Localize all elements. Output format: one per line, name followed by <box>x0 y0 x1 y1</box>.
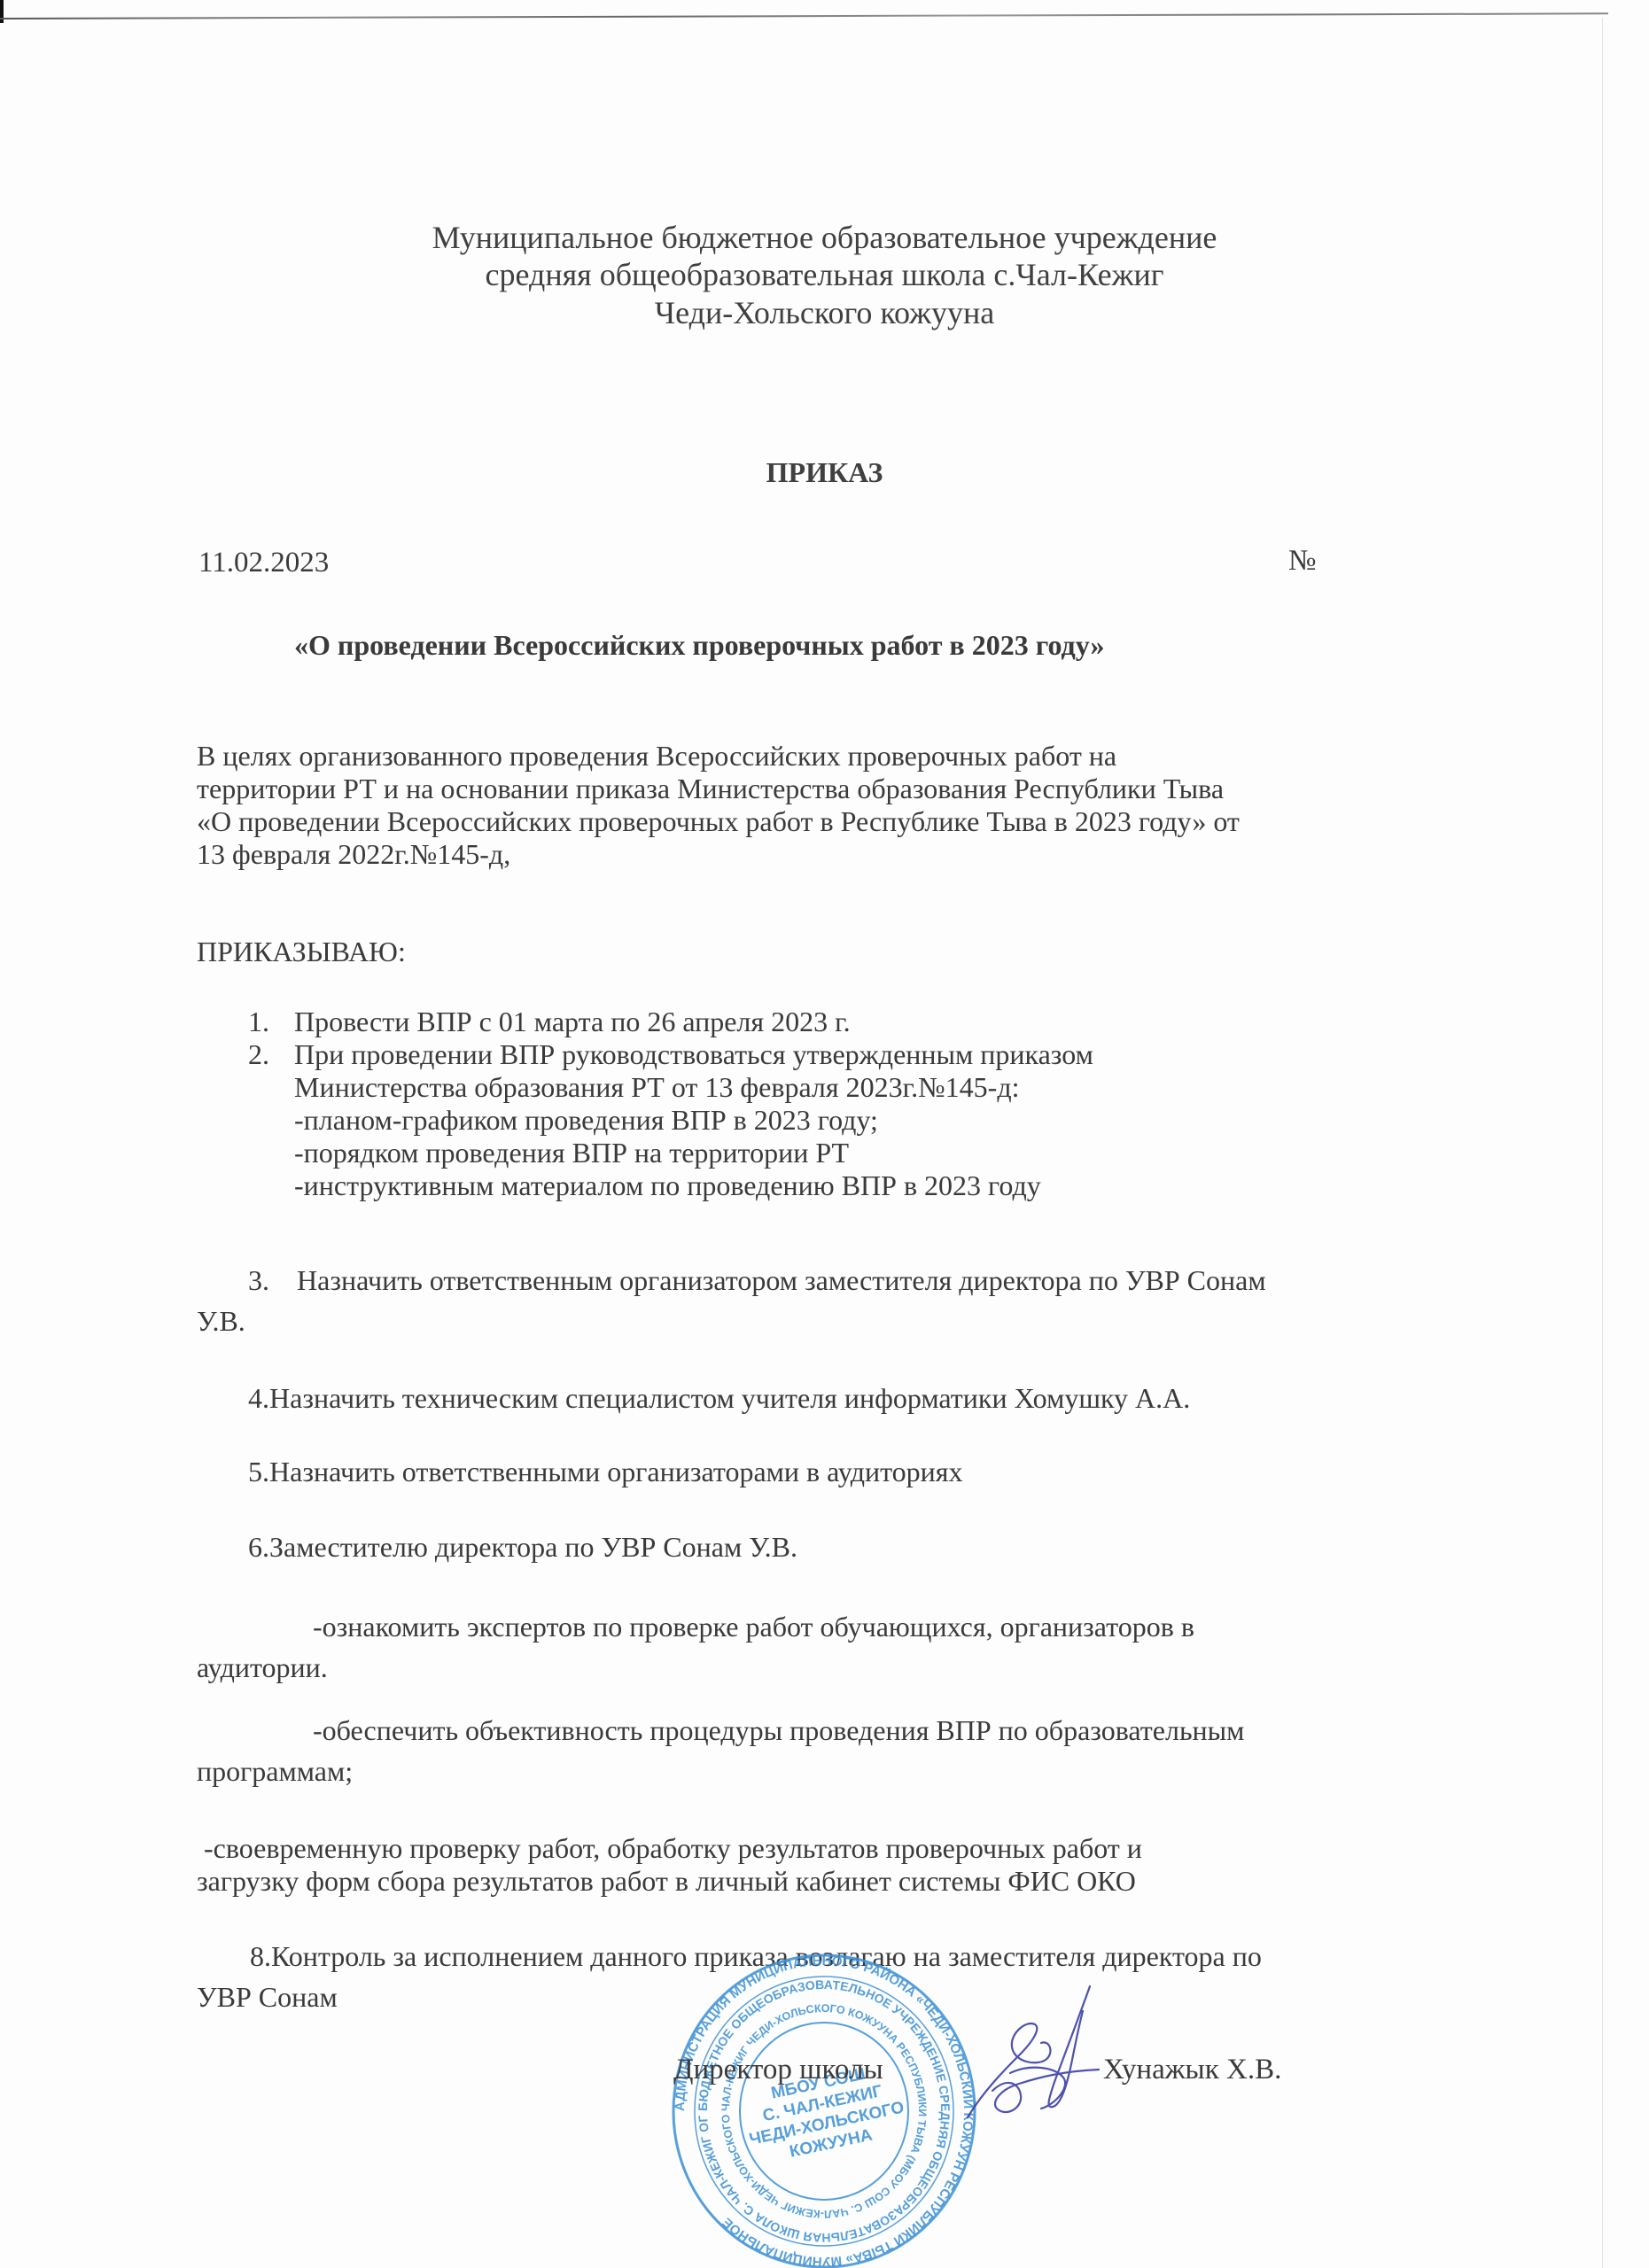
preamble-line: В целях организованного проведения Всеро… <box>197 740 1116 773</box>
scan-top-line <box>0 12 1608 19</box>
order-date: 11.02.2023 <box>198 547 329 579</box>
item-6-text: 6.Заместителю директора по УВР Сонам У.В… <box>248 1531 797 1564</box>
item-1-text: Провести ВПР с 01 марта по 26 апреля 202… <box>294 1006 851 1038</box>
institution-name-line2: средняя общеобразовательная школа с.Чал-… <box>0 257 1649 292</box>
handwritten-signature <box>957 1984 1116 2135</box>
item-2-line: -порядком проведения ВПР на территории Р… <box>294 1137 849 1169</box>
item-4-text: 4.Назначить техническим специалистом учи… <box>248 1382 1190 1415</box>
item-6-sub-line: загрузку форм сбора результатов работ в … <box>197 1865 1136 1898</box>
item-3-line: Назначить ответственным организатором за… <box>297 1264 1266 1297</box>
order-subject: «О проведении Всероссийских проверочных … <box>294 629 1105 662</box>
item-2-line: -планом-графиком проведения ВПР в 2023 г… <box>294 1104 878 1137</box>
item-number: 2. <box>248 1038 269 1071</box>
signatory-name: Хунажык Х.В. <box>1103 2054 1281 2086</box>
item-number: 3. <box>248 1264 269 1297</box>
item-6-sub-line: -ознакомить экспертов по проверке работ … <box>313 1611 1194 1643</box>
item-6-sub-line: аудитории. <box>197 1651 328 1684</box>
item-6-sub-line: -своевременную проверку работ, обработку… <box>204 1832 1142 1865</box>
institution-name-line3: Чеди-Хольского кожууна <box>0 295 1649 330</box>
item-6-sub-line: -обеспечить объективность процедуры пров… <box>313 1714 1244 1747</box>
preamble-line: территории РТ и на основании приказа Мин… <box>197 773 1224 805</box>
item-5-text: 5.Назначить ответственными организаторам… <box>248 1456 963 1488</box>
order-directive: ПРИКАЗЫВАЮ: <box>197 936 406 968</box>
item-8-line: УВР Сонам <box>197 1981 338 2014</box>
signatory-position: Директор школы <box>673 2054 883 2086</box>
institution-name-line1: Муниципальное бюджетное образовательное … <box>0 220 1649 255</box>
preamble-line: 13 февраля 2022г.№145-д, <box>197 838 510 871</box>
item-2-line: -инструктивным материалом по проведению … <box>294 1169 1041 1202</box>
scan-edge-mark <box>0 0 4 23</box>
item-3-line: У.В. <box>197 1305 245 1338</box>
official-stamp: АДМИНИСТРАЦИЯ МУНИЦИПАЛЬНОГО РАЙОНА «ЧЕД… <box>672 1953 977 2268</box>
item-2-line: При проведении ВПР руководствоваться утв… <box>294 1038 1093 1071</box>
page-right-edge <box>1602 18 1603 2268</box>
item-6-sub-line: программам; <box>197 1755 353 1788</box>
preamble-line: «О проведении Всероссийских проверочных … <box>197 805 1240 838</box>
document-type-title: ПРИКАЗ <box>0 454 1649 490</box>
item-2-line: Министерства образования РТ от 13 феврал… <box>294 1071 1019 1104</box>
order-number-label: № <box>1288 545 1317 578</box>
item-number: 1. <box>248 1006 269 1038</box>
